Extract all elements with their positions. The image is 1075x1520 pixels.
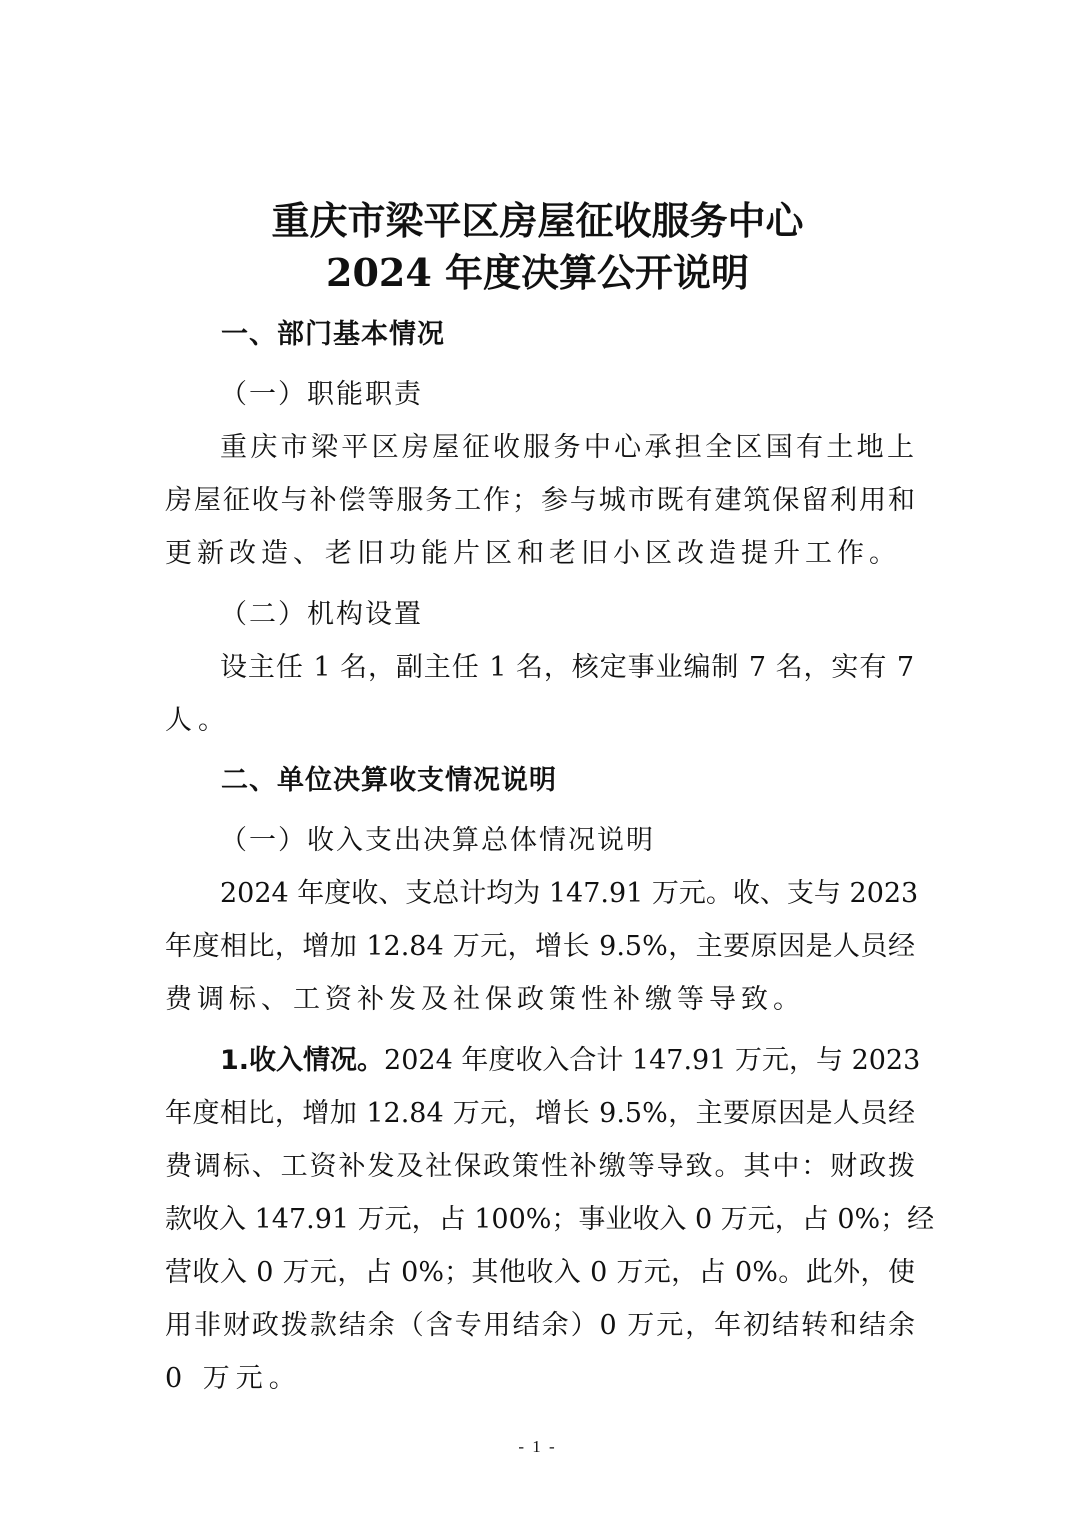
paragraph-line: 0 万元。	[165, 1356, 915, 1395]
paragraph-line: 人。	[165, 698, 915, 737]
paragraph-line: 年度相比，增加 12.84 万元，增长 9.5%，主要原因是人员经	[165, 924, 915, 963]
document-title-line-1: 重庆市梁平区房屋征收服务中心	[0, 190, 1075, 245]
paragraph-line: 更新改造、老旧功能片区和老旧小区改造提升工作。	[165, 531, 915, 570]
paragraph-line: 费调标、工资补发及社保政策性补缴等导致。	[165, 977, 915, 1016]
paragraph-line: 房屋征收与补偿等服务工作；参与城市既有建筑保留利用和	[165, 478, 915, 517]
paragraph-line: 2024 年度收、支总计均为 147.91 万元。收、支与 2023	[220, 871, 914, 910]
subsection-heading-overall: （一）收入支出决算总体情况说明	[220, 818, 914, 857]
paragraph-line: 重庆市梁平区房屋征收服务中心承担全区国有土地上	[220, 425, 914, 464]
paragraph-line: 费调标、工资补发及社保政策性补缴等导致。其中：财政拨	[165, 1144, 915, 1183]
page-number: - 1 -	[0, 1437, 1075, 1457]
section-heading-basic-info: 一、部门基本情况	[221, 312, 445, 351]
income-paragraph-first-line: 1.收入情况。 2024 年度收入合计 147.91 万元，与 2023	[220, 1038, 914, 1077]
paragraph-line: 用非财政拨款结余（含专用结余）0 万元，年初结转和结余	[165, 1303, 915, 1342]
subsection-heading-functions: （一）职能职责	[220, 372, 914, 411]
paragraph-line: 款收入 147.91 万元，占 100%；事业收入 0 万元，占 0%；经	[165, 1197, 915, 1236]
income-lead-bold: 1.收入情况。	[220, 1038, 384, 1077]
document-title-line-2: 2024 年度决算公开说明	[0, 242, 1075, 297]
subsection-heading-organization: （二）机构设置	[220, 592, 914, 631]
section-heading-budget: 二、单位决算收支情况说明	[221, 758, 557, 797]
paragraph-line: 年度相比，增加 12.84 万元，增长 9.5%，主要原因是人员经	[165, 1091, 915, 1130]
paragraph-line: 2024 年度收入合计 147.91 万元，与 2023	[384, 1038, 920, 1077]
paragraph-line: 营收入 0 万元，占 0%；其他收入 0 万元，占 0%。此外，使	[165, 1250, 915, 1289]
paragraph-line: 设主任 1 名，副主任 1 名，核定事业编制 7 名，实有 7	[220, 645, 914, 684]
